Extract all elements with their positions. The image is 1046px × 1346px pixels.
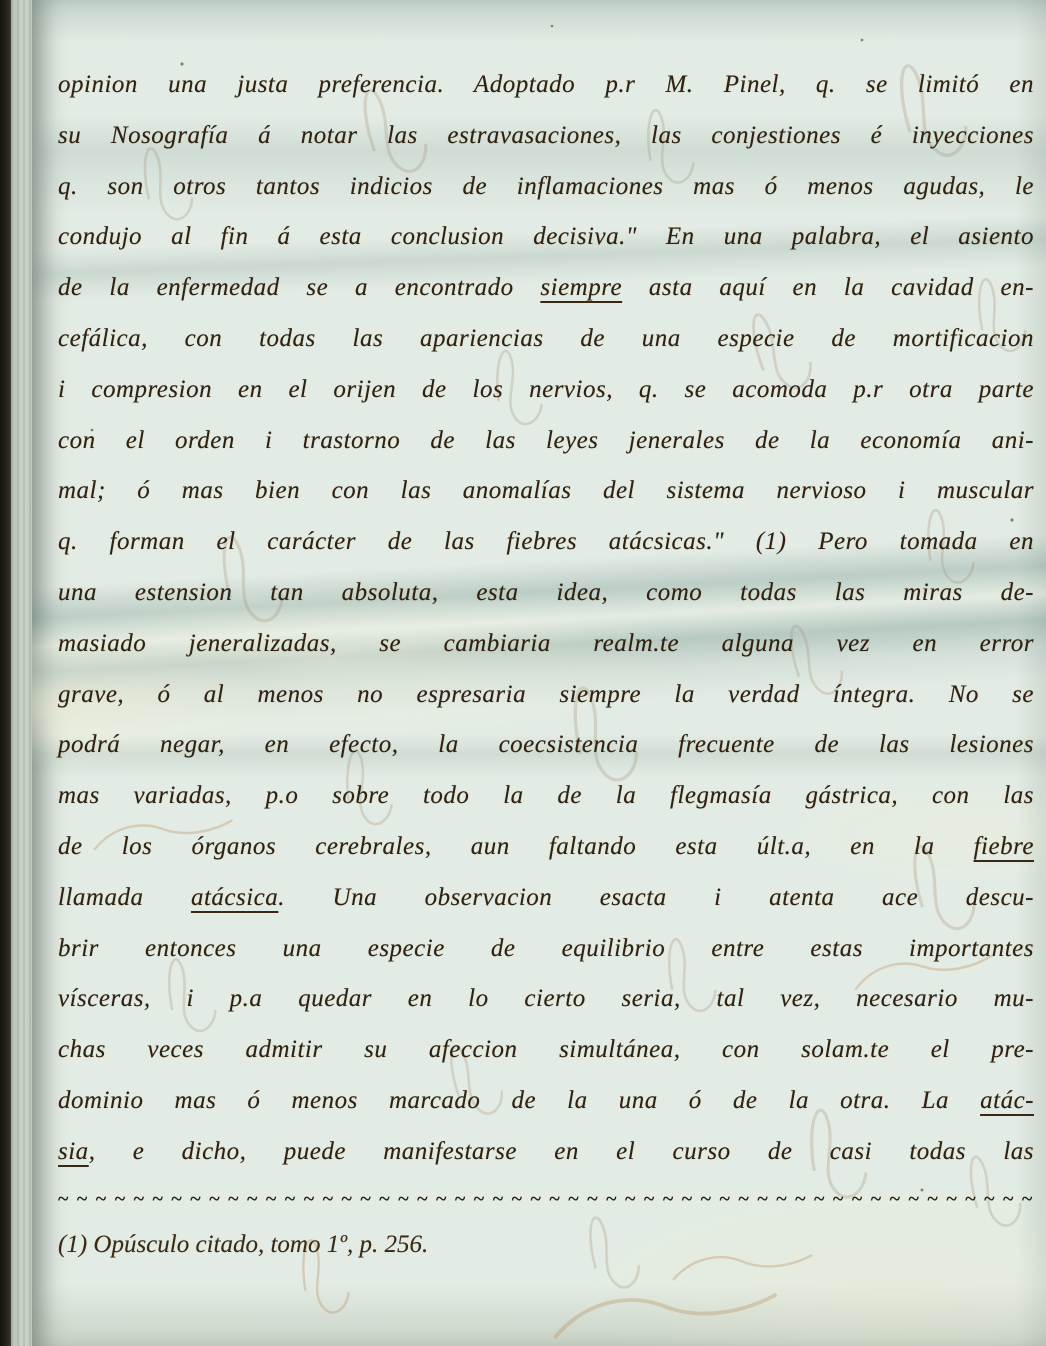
manuscript-line: de los órganos cerebrales, aun faltando … [58,822,1034,873]
manuscript-line: chas veces admitir su afeccion simultáne… [58,1025,1034,1076]
manuscript-line: con el orden i trastorno de las leyes je… [58,416,1034,467]
manuscript-page: opinion una justa preferencia. Adoptado … [32,0,1046,1346]
manuscript-line: dominio mas ó menos marcado de la una ó … [58,1076,1034,1127]
manuscript-line: i compresion en el orijen de los nervios… [58,365,1034,416]
manuscript-line: mal; ó mas bien con las anomalías del si… [58,466,1034,517]
manuscript-scan: opinion una justa preferencia. Adoptado … [0,0,1046,1346]
manuscript-line: su Nosografía á notar las estravasacione… [58,111,1034,162]
manuscript-text: opinion una justa preferencia. Adoptado … [58,60,1034,1259]
manuscript-line: masiado jeneralizadas, se cambiaria real… [58,619,1034,670]
manuscript-line: podrá negar, en efecto, la coecsistencia… [58,720,1034,771]
manuscript-line: sia, e dicho, puede manifestarse en el c… [58,1127,1034,1178]
manuscript-line: q. son otros tantos indicios de inflamac… [58,162,1034,213]
manuscript-line: mas variadas, p.o sobre todo la de la fl… [58,771,1034,822]
manuscript-lines: opinion una justa preferencia. Adoptado … [58,60,1034,1178]
manuscript-line: q. forman el carácter de las fiebres atá… [58,517,1034,568]
manuscript-line: condujo al fin á esta conclusion decisiv… [58,212,1034,263]
footnote: (1) Opúsculo citado, tomo 1º, p. 256. [58,1231,1034,1259]
book-binding-edge [0,0,11,1346]
manuscript-line: vísceras, i p.a quedar en lo cierto seri… [58,974,1034,1025]
manuscript-line: una estension tan absoluta, esta idea, c… [58,568,1034,619]
manuscript-line: brir entonces una especie de equilibrio … [58,924,1034,975]
manuscript-line: opinion una justa preferencia. Adoptado … [58,60,1034,111]
underlying-page-edge [11,0,32,1346]
manuscript-line: de la enfermedad se a encontrado siempre… [58,263,1034,314]
manuscript-line: cefálica, con todas las apariencias de u… [58,314,1034,365]
manuscript-line: llamada atácsica. Una observacion esacta… [58,873,1034,924]
manuscript-line: grave, ó al menos no espresaria siempre … [58,670,1034,721]
separator-dashes: ~~~~~~~~~~~~~~~~~~~~~~~~~~~~~~~~~~~~~~~~… [58,1188,1034,1211]
